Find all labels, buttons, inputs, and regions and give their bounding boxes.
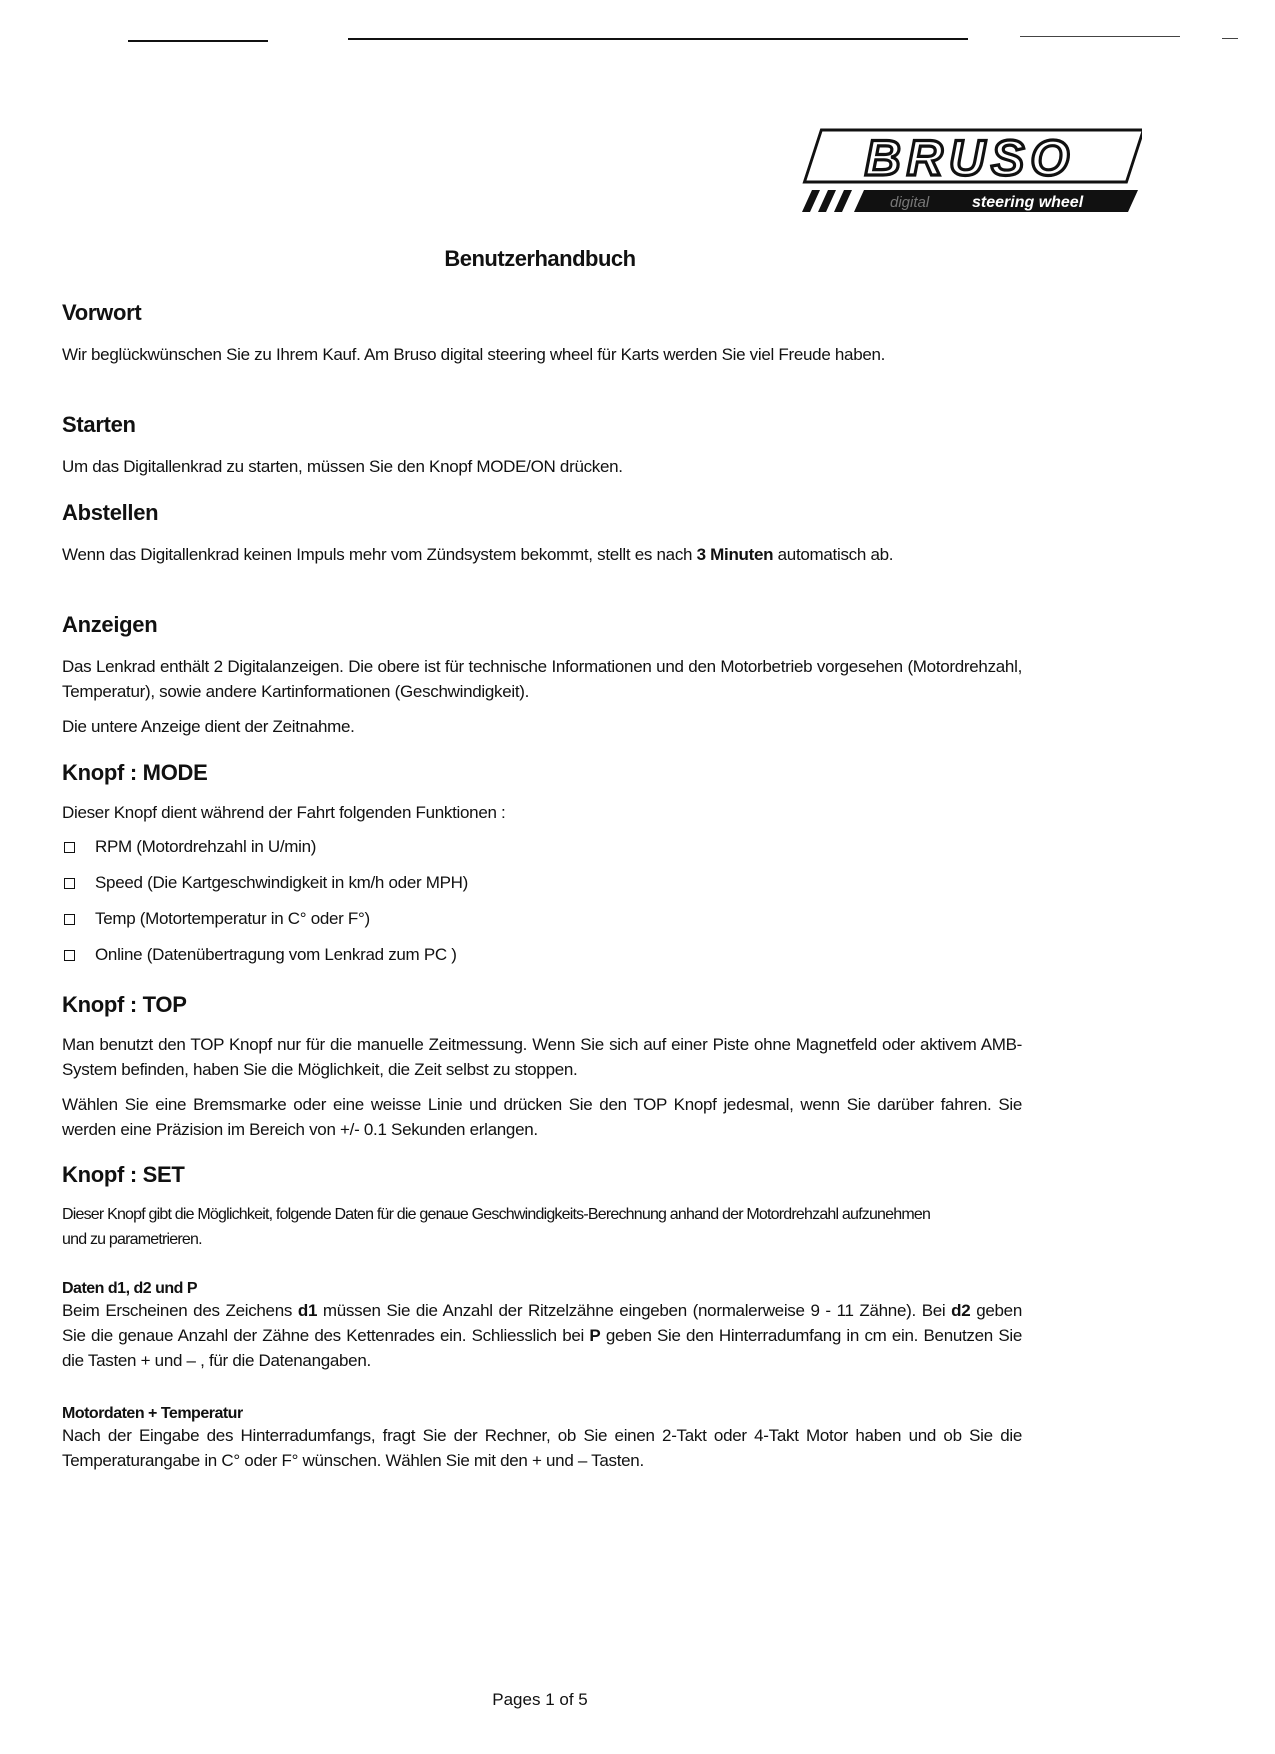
daten-d1: d1 <box>298 1301 317 1320</box>
bruso-logo: BRUSO digital steering wheel <box>792 128 1142 214</box>
section-set: Knopf : SET Dieser Knopf gibt die Möglic… <box>62 1162 1022 1473</box>
daten-text-part: müssen Sie die Anzahl der Ritzelzähne ei… <box>317 1301 951 1320</box>
list-item: Speed (Die Kartgeschwindigkeit in km/h o… <box>62 865 1022 901</box>
checkbox-bullet-icon <box>64 914 75 925</box>
subsection-motordaten: Motordaten + Temperatur Nach der Eingabe… <box>62 1405 1022 1473</box>
logo-subtitle-faded: digital <box>890 194 930 211</box>
heading-mode: Knopf : MODE <box>62 760 1022 786</box>
daten-text-part: Beim Erscheinen des Zeichens <box>62 1301 298 1320</box>
abstellen-text-part: automatisch ab. <box>773 545 893 564</box>
heading-top: Knopf : TOP <box>62 992 1022 1018</box>
daten-text: Beim Erscheinen des Zeichens d1 müssen S… <box>62 1298 1022 1373</box>
abstellen-text-part: Wenn das Digitallenkrad keinen Impuls me… <box>62 545 697 564</box>
list-item-text: Online (Datenübertragung vom Lenkrad zum… <box>95 945 457 965</box>
abstellen-text: Wenn das Digitallenkrad keinen Impuls me… <box>62 542 922 567</box>
set-intro: Dieser Knopf gibt die Möglichkeit, folge… <box>62 1202 942 1252</box>
section-vorwort: Vorwort Wir beglückwünschen Sie zu Ihrem… <box>62 300 1022 367</box>
anzeigen-text-1: Das Lenkrad enthält 2 Digitalanzeigen. D… <box>62 654 1022 704</box>
vorwort-text: Wir beglückwünschen Sie zu Ihrem Kauf. A… <box>62 342 1022 367</box>
checkbox-bullet-icon <box>64 878 75 889</box>
document-title: Benutzerhandbuch <box>0 246 1080 272</box>
heading-daten: Daten d1, d2 und P <box>62 1280 1022 1298</box>
checkbox-bullet-icon <box>64 842 75 853</box>
mode-function-list: RPM (Motordrehzahl in U/min) Speed (Die … <box>62 829 1022 973</box>
checkbox-bullet-icon <box>64 950 75 961</box>
section-top: Knopf : TOP Man benutzt den TOP Knopf nu… <box>62 992 1022 1142</box>
daten-p: P <box>589 1326 600 1345</box>
scan-line <box>348 38 968 40</box>
list-item: RPM (Motordrehzahl in U/min) <box>62 829 1022 865</box>
list-item-text: Temp (Motortemperatur in C° oder F°) <box>95 909 370 929</box>
motordaten-text: Nach der Eingabe des Hinterradumfangs, f… <box>62 1423 1022 1473</box>
section-abstellen: Abstellen Wenn das Digitallenkrad keinen… <box>62 500 1022 567</box>
starten-text: Um das Digitallenkrad zu starten, müssen… <box>62 454 1022 479</box>
logo-brand-text: BRUSO <box>865 130 1076 186</box>
logo-subtitle: steering wheel <box>972 194 1084 211</box>
section-starten: Starten Um das Digitallenkrad zu starten… <box>62 412 1022 479</box>
logo-stripes-icon <box>802 190 1138 212</box>
heading-starten: Starten <box>62 412 1022 438</box>
top-text-2: Wählen Sie eine Bremsmarke oder eine wei… <box>62 1092 1022 1142</box>
anzeigen-text-2: Die untere Anzeige dient der Zeitnahme. <box>62 714 1022 739</box>
scan-line <box>1222 38 1238 39</box>
list-item-text: RPM (Motordrehzahl in U/min) <box>95 837 316 857</box>
heading-abstellen: Abstellen <box>62 500 1022 526</box>
section-mode: Knopf : MODE Dieser Knopf dient während … <box>62 760 1022 973</box>
list-item-text: Speed (Die Kartgeschwindigkeit in km/h o… <box>95 873 468 893</box>
heading-anzeigen: Anzeigen <box>62 612 1022 638</box>
abstellen-duration: 3 Minuten <box>697 545 774 564</box>
heading-motordaten: Motordaten + Temperatur <box>62 1405 1022 1423</box>
top-text-1: Man benutzt den TOP Knopf nur für die ma… <box>62 1032 1022 1082</box>
scan-line <box>1020 36 1180 37</box>
list-item: Temp (Motortemperatur in C° oder F°) <box>62 901 1022 937</box>
heading-vorwort: Vorwort <box>62 300 1022 326</box>
section-anzeigen: Anzeigen Das Lenkrad enthält 2 Digitalan… <box>62 612 1022 739</box>
scan-line <box>128 40 268 42</box>
heading-set: Knopf : SET <box>62 1162 1022 1188</box>
daten-d2: d2 <box>951 1301 970 1320</box>
subsection-daten: Daten d1, d2 und P Beim Erscheinen des Z… <box>62 1280 1022 1373</box>
mode-intro: Dieser Knopf dient während der Fahrt fol… <box>62 800 1022 825</box>
list-item: Online (Datenübertragung vom Lenkrad zum… <box>62 937 1022 973</box>
page-number: Pages 1 of 5 <box>0 1690 1080 1710</box>
